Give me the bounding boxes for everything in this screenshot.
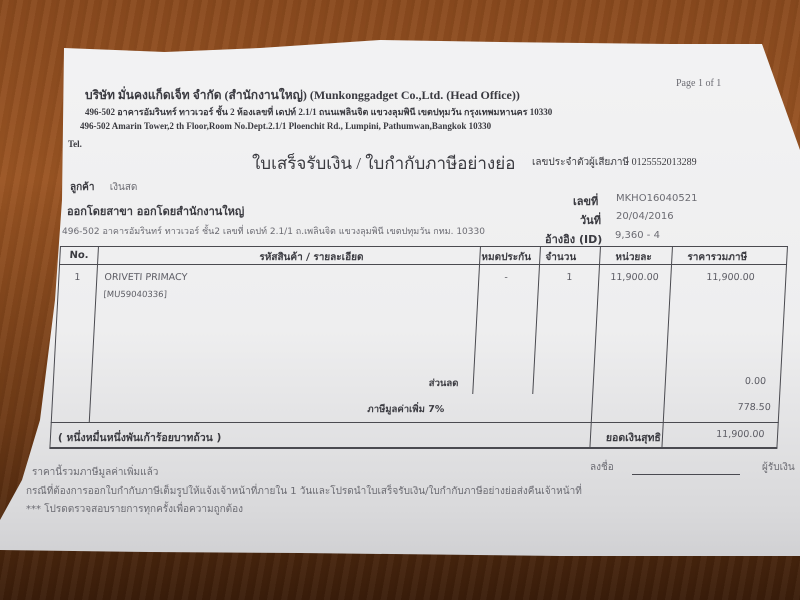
col-unit-price: หน่วยละ [615,250,652,265]
row-serial: [MU59040336] [103,290,167,300]
row-total: 11,900.00 [706,272,755,283]
company-address-english: 496-502 Amarin Tower,2 th Floor,Room No.… [80,121,491,131]
signature-label: ลงชื่อ [590,460,614,475]
doc-number: MKHO16040521 [616,193,697,204]
net-total-value: 11,900.00 [716,429,765,440]
row-qty: 1 [566,272,573,283]
full-invoice-note: กรณีที่ต้องการออกใบกำกับภาษีเต็มรูปให้แจ… [26,484,582,499]
issued-by: ออกโดยสาขา ออกโดยสำนักงานใหญ่ [67,202,244,220]
row-unit-price: 11,900.00 [610,272,659,283]
vat-included-note: ราคานี้รวมภาษีมูลค่าเพิ่มแล้ว [32,465,158,480]
document-title: ใบเสร็จรับเงิน / ใบกำกับภาษีอย่างย่อ [252,150,515,177]
discount-label: ส่วนลด [428,376,458,391]
tax-id: เลขประจำตัวผู้เสียภาษี 0125552013289 [532,155,697,170]
items-table: No. รหัสสินค้า / รายละเอียด หมดประกัน จำ… [49,246,788,448]
vat-value: 778.50 [737,402,771,413]
row-item: ORIVETI PRIMACY [104,272,188,283]
customer-field: ลูกค้า เงินสด [70,180,137,195]
doc-date: 20/04/2016 [616,211,674,222]
date-label: วันที่ [580,211,601,229]
col-qty: จำนวน [545,250,577,265]
vat-label: ภาษีมูลค่าเพิ่ม 7% [367,402,445,417]
company-name: บริษัท มั่นคงแก็ดเจ็ท จำกัด (สำนักงานใหญ… [85,86,520,105]
company-address-thai: 496-502 อาคารอัมรินทร์ ทาวเวอร์ ชั้น 2 ห… [85,105,552,119]
check-items-note: *** โปรดตรวจสอบรายการทุกครั้งเพื่อความถู… [26,502,243,517]
amount-in-words: ( หนึ่งหมื่นหนึ่งพันเก้าร้อยบาทถ้วน ) [58,429,222,446]
doc-number-label: เลขที่ [573,192,598,210]
col-item: รหัสสินค้า / รายละเอียด [259,250,364,265]
page-number: Page 1 of 1 [676,78,721,89]
reference-id: 9,360 - 4 [615,230,660,241]
row-warranty: - [504,272,508,283]
customer-address: 496-502 อาคารอัมรินทร์ ทาวเวอร์ ชั้น2 เล… [62,224,485,238]
customer-label: ลูกค้า [70,182,95,193]
receiver-label: ผู้รับเงิน [762,460,795,475]
col-warranty: หมดประกัน [481,250,531,265]
net-total-label: ยอดเงินสุทธิ [606,429,662,446]
customer-value: เงินสด [110,182,138,193]
row-no: 1 [74,272,81,283]
discount-value: 0.00 [745,376,767,387]
signature-line [632,474,740,475]
receipt-paper: บริษัท มั่นคงแก็ดเจ็ท จำกัด (สำนักงานใหญ… [0,0,800,600]
tel-label: Tel. [68,139,82,149]
col-no: No. [69,250,89,261]
col-total: ราคารวมภาษี [687,250,747,265]
